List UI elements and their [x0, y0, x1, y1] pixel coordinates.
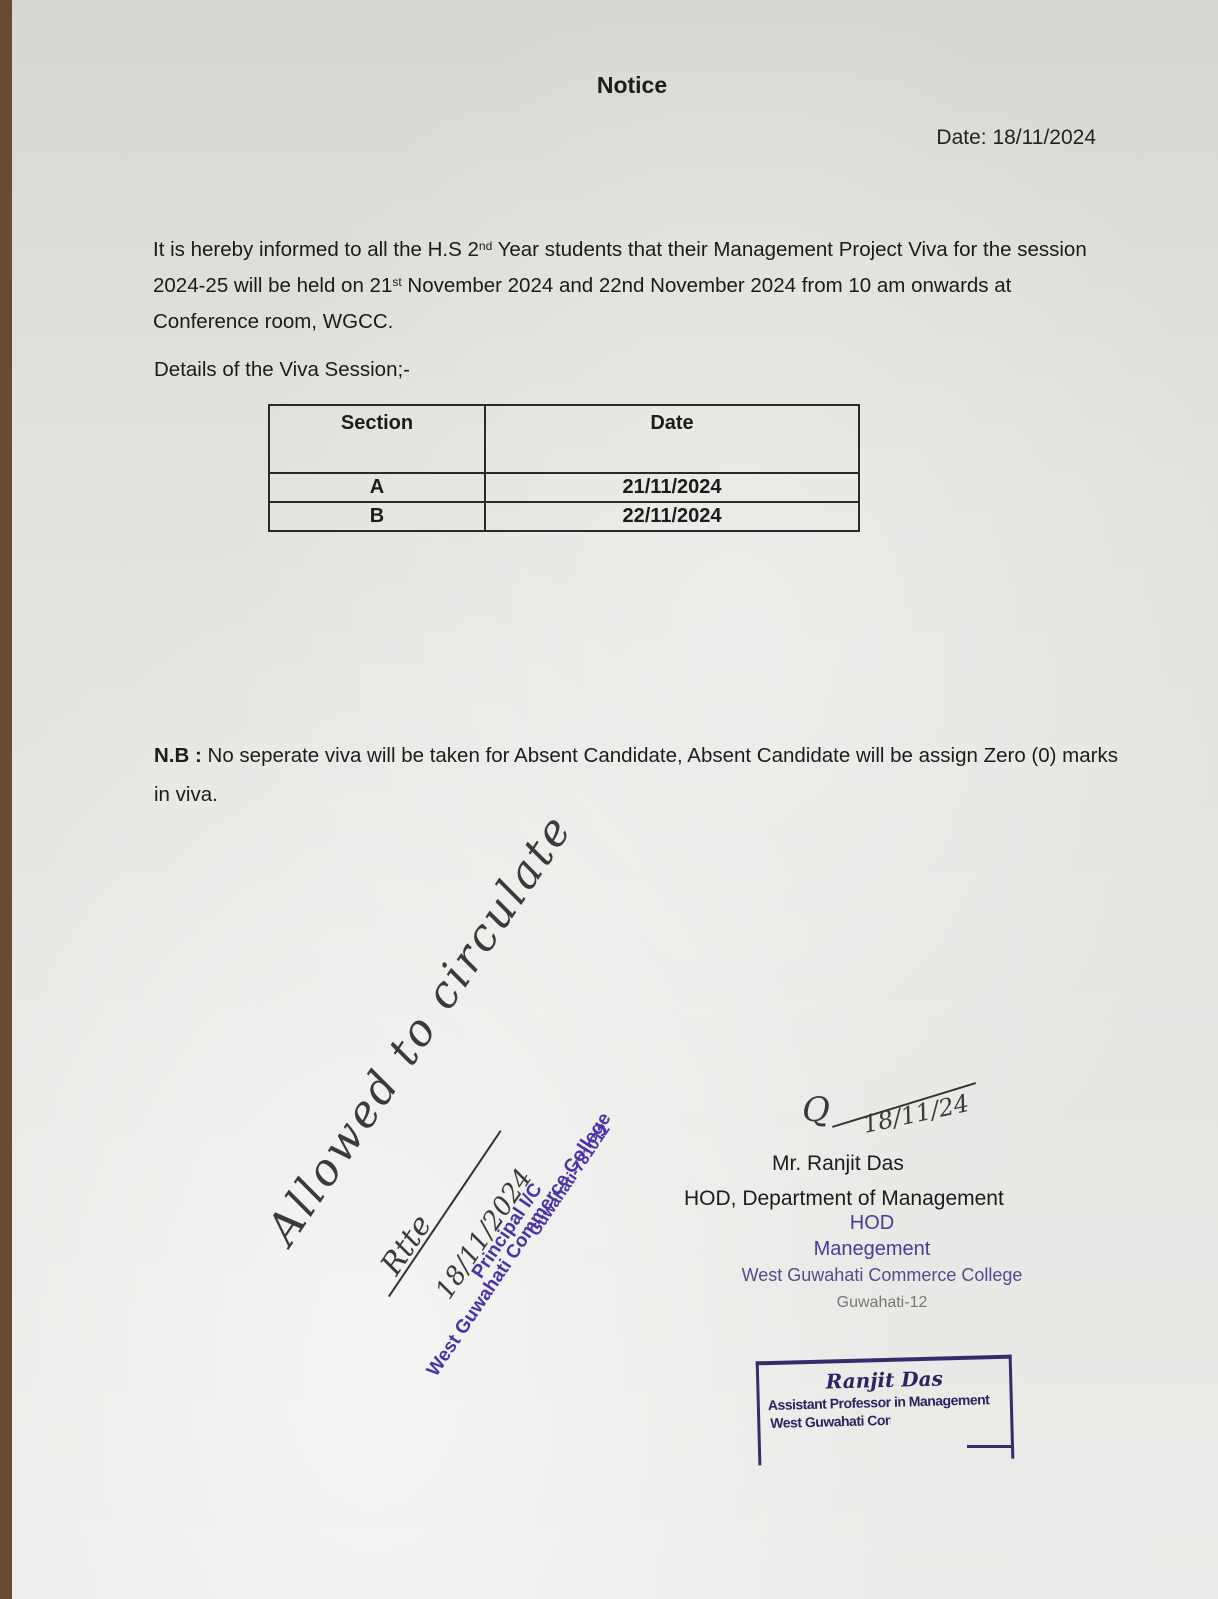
cell-section: B — [269, 502, 485, 531]
box-stamp-bottom-edge — [967, 1445, 1012, 1448]
box-stamp-college: West Guwahati Commerce College — [770, 1412, 890, 1431]
superscript-st: st — [392, 275, 401, 289]
hod-name: Mr. Ranjit Das — [772, 1152, 904, 1176]
viva-schedule-table: Section Date A 21/11/2024 B 22/11/2024 — [268, 404, 860, 532]
details-label: Details of the Viva Session;- — [154, 358, 410, 382]
box-stamp-role: Assistant Professor in Management — [768, 1391, 1003, 1413]
notice-title: Notice — [12, 72, 1218, 99]
hod-stamp-line2: Manegement — [772, 1238, 972, 1261]
body-text-1: It is hereby informed to all the H.S 2 — [153, 238, 479, 261]
notice-paper: Notice Date: 18/11/2024 It is hereby inf… — [12, 0, 1218, 1599]
cell-date: 21/11/2024 — [485, 473, 859, 502]
box-stamp-name: Ranjit Das — [759, 1365, 1010, 1396]
cell-date: 22/11/2024 — [485, 502, 859, 531]
header-section: Section — [269, 405, 485, 473]
table-row: A 21/11/2024 — [269, 473, 859, 502]
hod-signed-date: 18/11/24 — [860, 1089, 971, 1139]
table-row: B 22/11/2024 — [269, 502, 859, 531]
hod-stamp-line3: West Guwahati Commerce College — [712, 1265, 1052, 1286]
cell-section: A — [269, 473, 485, 502]
nb-label: N.B : — [154, 744, 202, 767]
nb-text: No seperate viva will be taken for Absen… — [154, 744, 1118, 806]
hod-title: HOD, Department of Management — [684, 1187, 1004, 1211]
hod-signature-mark: Q — [802, 1090, 830, 1130]
hod-stamp-line1: HOD — [792, 1212, 952, 1235]
hod-stamp-line4: Guwahati-12 — [772, 1294, 992, 1312]
superscript-nd: nd — [479, 239, 492, 253]
header-date: Date — [485, 405, 859, 473]
notice-date: Date: 18/11/2024 — [936, 126, 1096, 150]
name-box-stamp: Ranjit Das Assistant Professor in Manage… — [756, 1355, 1015, 1466]
table-header-row: Section Date — [269, 405, 859, 473]
nota-bene: N.B : No seperate viva will be taken for… — [154, 736, 1134, 814]
notice-body: It is hereby informed to all the H.S 2nd… — [153, 232, 1123, 340]
